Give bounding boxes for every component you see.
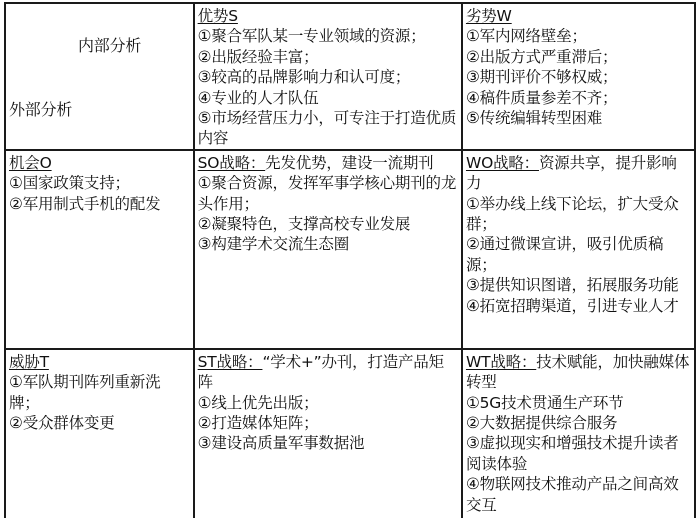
swot-matrix-table: 内部分析 外部分析 优势S ①聚合军队某一专业领域的资源； ②出版经验丰富； ③… [4, 2, 696, 518]
wo-strategy-cell: WO战略：资源共享，提升影响力 ①举办线上线下论坛，扩大受众群； ②通过微课宣讲… [462, 150, 695, 349]
weakness-item: ④稿件质量参差不齐； [466, 88, 691, 108]
so-strategy-heading: SO战略：先发优势，建设一流期刊 [198, 153, 458, 173]
so-strategy-title: SO战略： [198, 154, 266, 172]
so-strategy-subtitle: 先发优势，建设一流期刊 [265, 154, 433, 172]
st-strategy-item: ③建设高质量军事数据池 [198, 433, 458, 453]
wt-strategy-title: WT战略： [466, 353, 536, 371]
opportunity-item: ②军用制式手机的配发 [9, 194, 190, 214]
weaknesses-cell: 劣势W ①军内网络壁垒； ②出版方式严重滞后； ③期刊评价不够权威； ④稿件质量… [462, 3, 695, 150]
weakness-item: ⑤传统编辑转型困难 [466, 108, 691, 128]
wt-strategy-item: ④物联网技术推动产品之间高效交互 [466, 474, 691, 515]
corner-cell: 内部分析 外部分析 [5, 3, 194, 150]
wt-strategy-item: ①5G技术贯通生产环节 [466, 393, 691, 413]
weakness-item: ③期刊评价不够权威； [466, 67, 691, 87]
wo-strategy-title: WO战略： [466, 154, 539, 172]
wt-strategy-item: ②大数据提供综合服务 [466, 413, 691, 433]
st-strategy-item: ①线上优先出版； [198, 393, 458, 413]
wo-strategy-item: ②通过微课宣讲，吸引优质稿源； [466, 234, 691, 275]
threats-row: 威胁T ①军队期刊阵列重新洗牌； ②受众群体变更 ST战略：“学术+”办刊，打造… [5, 349, 695, 518]
opportunities-row: 机会O ①国家政策支持； ②军用制式手机的配发 SO战略：先发优势，建设一流期刊… [5, 150, 695, 349]
wt-strategy-item: ③虚拟现实和增强技术提升读者阅读体验 [466, 433, 691, 474]
weakness-item: ①军内网络壁垒； [466, 26, 691, 46]
strength-item: ⑤市场经营压力小，可专注于打造优质内容 [198, 108, 458, 149]
so-strategy-item: ③构建学术交流生态圈 [198, 234, 458, 254]
opportunity-item: ①国家政策支持； [9, 173, 190, 193]
strength-item: ②出版经验丰富； [198, 47, 458, 67]
threat-item: ②受众群体变更 [9, 413, 190, 433]
threats-title: 威胁T [9, 352, 190, 372]
strength-item: ④专业的人才队伍 [198, 88, 458, 108]
header-row: 内部分析 外部分析 优势S ①聚合军队某一专业领域的资源； ②出版经验丰富； ③… [5, 3, 695, 150]
wo-strategy-item: ④拓宽招聘渠道，引进专业人才 [466, 296, 691, 316]
wo-strategy-item: ③提供知识图谱，拓展服务功能 [466, 275, 691, 295]
strength-item: ①聚合军队某一专业领域的资源； [198, 26, 458, 46]
st-strategy-title: ST战略： [198, 353, 263, 371]
opportunities-cell: 机会O ①国家政策支持； ②军用制式手机的配发 [5, 150, 194, 349]
so-strategy-item: ①聚合资源，发挥军事学核心期刊的龙头作用； [198, 173, 458, 214]
so-strategy-cell: SO战略：先发优势，建设一流期刊 ①聚合资源，发挥军事学核心期刊的龙头作用； ②… [194, 150, 462, 349]
weaknesses-title: 劣势W [466, 6, 691, 26]
wo-strategy-heading: WO战略：资源共享，提升影响力 [466, 153, 691, 194]
threats-cell: 威胁T ①军队期刊阵列重新洗牌； ②受众群体变更 [5, 349, 194, 518]
strengths-title: 优势S [198, 6, 458, 26]
wt-strategy-cell: WT战略：技术赋能，加快融媒体转型 ①5G技术贯通生产环节 ②大数据提供综合服务… [462, 349, 695, 518]
st-strategy-cell: ST战略：“学术+”办刊，打造产品矩阵 ①线上优先出版； ②打造媒体矩阵； ③建… [194, 349, 462, 518]
opportunities-title: 机会O [9, 153, 190, 173]
so-strategy-item: ②凝聚特色，支撑高校专业发展 [198, 214, 458, 234]
strength-item: ③较高的品牌影响力和认可度； [198, 67, 458, 87]
wt-strategy-heading: WT战略：技术赋能，加快融媒体转型 [466, 352, 691, 393]
weakness-item: ②出版方式严重滞后； [466, 47, 691, 67]
internal-analysis-label: 内部分析 [78, 36, 141, 56]
threat-item: ①军队期刊阵列重新洗牌； [9, 372, 190, 413]
external-analysis-label: 外部分析 [9, 100, 72, 120]
st-strategy-heading: ST战略：“学术+”办刊，打造产品矩阵 [198, 352, 458, 393]
st-strategy-item: ②打造媒体矩阵； [198, 413, 458, 433]
wo-strategy-item: ①举办线上线下论坛，扩大受众群； [466, 194, 691, 235]
strengths-cell: 优势S ①聚合军队某一专业领域的资源； ②出版经验丰富； ③较高的品牌影响力和认… [194, 3, 462, 150]
